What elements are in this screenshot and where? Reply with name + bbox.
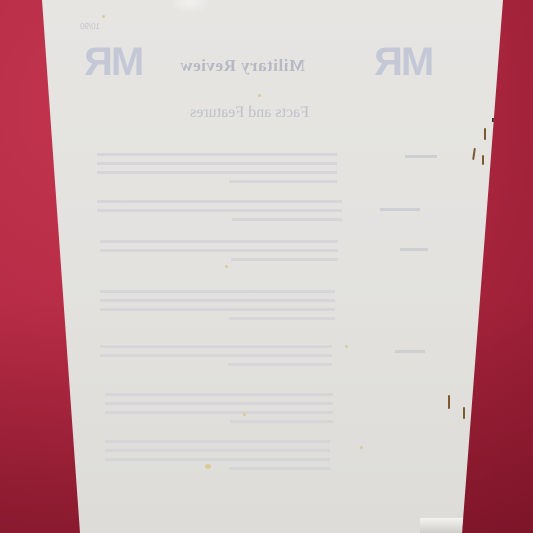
staple-mark — [463, 407, 465, 419]
text-line — [100, 249, 338, 252]
paper-curl-top — [170, 0, 210, 14]
staple-mark — [472, 148, 476, 160]
foxing-spot — [360, 446, 363, 449]
text-line — [105, 411, 333, 414]
side-label — [400, 248, 428, 251]
foxing-spot — [102, 15, 105, 18]
text-line — [97, 162, 337, 165]
text-line — [228, 363, 332, 366]
text-line — [97, 171, 337, 174]
text-line — [100, 299, 335, 302]
text-line — [100, 308, 335, 311]
text-line — [105, 402, 333, 405]
mr-logo-left: MR — [86, 40, 144, 85]
punch-hole — [492, 118, 496, 122]
text-line — [97, 209, 342, 212]
paper-sheet: 10/90 MR MR Military Review Facts and Fe… — [0, 0, 533, 533]
document-code: 10/90 — [80, 22, 100, 31]
publication-title: Military Review — [180, 56, 305, 76]
mr-logo-right: MR — [376, 40, 434, 85]
staple-mark — [484, 128, 486, 140]
foxing-spot — [205, 464, 211, 469]
text-line — [105, 393, 333, 396]
text-line — [97, 200, 342, 203]
foxing-spot — [345, 345, 348, 348]
foxing-spot — [225, 265, 228, 268]
side-label — [380, 208, 420, 211]
text-line — [105, 458, 330, 461]
side-label — [395, 350, 425, 353]
side-label — [405, 155, 437, 158]
text-line — [97, 153, 337, 156]
section-title: Facts and Features — [190, 104, 309, 122]
text-line — [229, 317, 335, 320]
text-line — [100, 354, 332, 357]
text-line — [229, 180, 337, 183]
text-line — [232, 218, 342, 221]
text-line — [100, 345, 332, 348]
text-line — [100, 290, 335, 293]
text-line — [105, 440, 330, 443]
foxing-spot — [258, 94, 261, 97]
text-line — [230, 420, 333, 423]
staple-mark — [482, 155, 484, 165]
staple-mark — [448, 395, 450, 409]
paper-curl-bottom — [420, 518, 465, 533]
text-line — [100, 240, 338, 243]
text-line — [231, 258, 338, 261]
text-line — [229, 467, 330, 470]
text-line — [105, 449, 330, 452]
foxing-spot — [243, 413, 246, 416]
